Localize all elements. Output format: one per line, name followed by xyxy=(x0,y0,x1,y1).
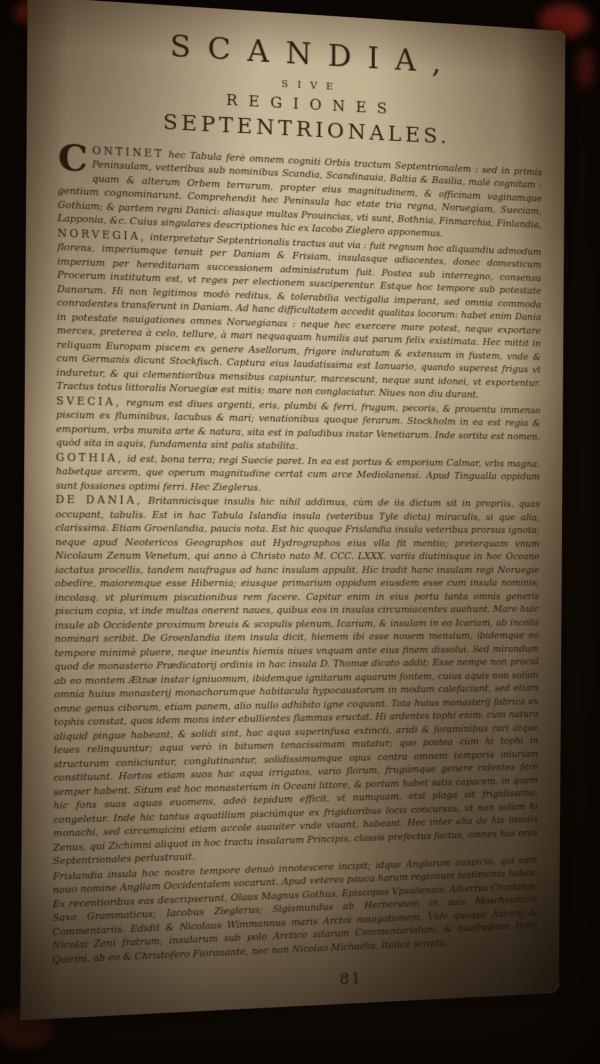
paragraph-lead: SVECIA, xyxy=(56,395,121,409)
book-photo-background: SCANDIA, SIVE REGIONES SEPTENTRIONALES. … xyxy=(0,0,600,1064)
paragraph-de-dania: DE DANIA, Britannicisque insulis hic nih… xyxy=(53,494,540,869)
paragraph-lead: DE DANIA, xyxy=(55,494,142,507)
paragraph-norvegia: NORVEGIA, interpretatur Septentrionalis … xyxy=(56,227,541,403)
paragraph-text: hec Tabula ferè omnem cogniti Orbis trac… xyxy=(57,149,542,240)
red-edge-smudge-right xyxy=(576,48,594,88)
paragraph-lead: GOTHIA, xyxy=(56,451,124,464)
paragraph-text: Frislandia insula hoc nostro tempore den… xyxy=(52,854,537,965)
drop-cap: C xyxy=(58,144,88,173)
body-text: CONTINET hec Tabula ferè omnem cogniti O… xyxy=(52,143,542,968)
paragraph-lead: NORVEGIA, xyxy=(57,227,146,243)
book-page: SCANDIA, SIVE REGIONES SEPTENTRIONALES. … xyxy=(20,0,565,1020)
page-content: SCANDIA, SIVE REGIONES SEPTENTRIONALES. … xyxy=(20,0,565,1004)
paragraph-text: regnum est diues argenti, eris, plumbi &… xyxy=(56,397,541,452)
paragraph-svecia: SVECIA, regnum est diues argenti, eris, … xyxy=(56,395,541,457)
page-number: 81 xyxy=(340,961,537,988)
paragraph-lead: ONTINET xyxy=(92,144,164,160)
paragraph-text: Britannicisque insulis hic nihil addimus… xyxy=(53,496,540,868)
paragraph-frislandia: Frislandia insula hoc nostro tempore den… xyxy=(52,853,537,967)
paragraph-text: interpretatur Septentrionalis tractus au… xyxy=(56,231,541,400)
title-block: SCANDIA, SIVE REGIONES SEPTENTRIONALES. xyxy=(58,21,543,153)
paragraph-text: id est, bona terra; regi Suecie paret. I… xyxy=(56,453,541,493)
paragraph-gothia: GOTHIA, id est, bona terra; regi Suecie … xyxy=(56,451,541,497)
